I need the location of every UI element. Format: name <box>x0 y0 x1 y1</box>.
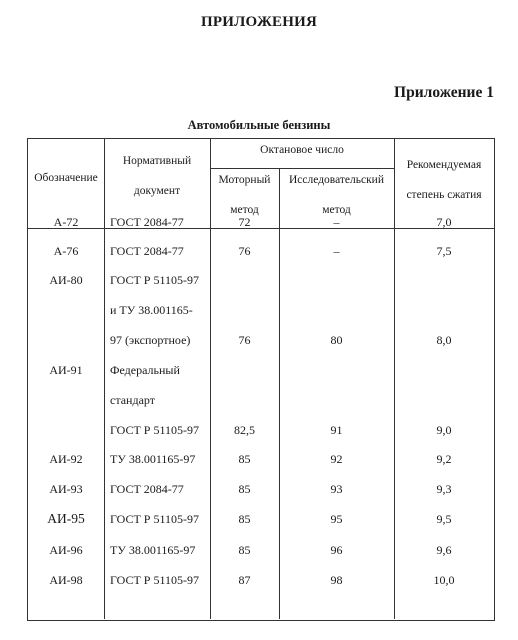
cell-research: 95 <box>279 512 394 526</box>
cell-motor: 76 <box>210 333 279 347</box>
header-motor-1: Моторный <box>210 174 279 186</box>
row-divider <box>210 168 394 169</box>
cell-compression: 9,2 <box>394 452 494 466</box>
cell-doc: ГОСТ Р 51105-97 <box>110 423 210 437</box>
header-normative-doc-1: Нормативный <box>104 155 210 167</box>
cell-compression: 7,0 <box>394 215 494 229</box>
cell-designation: АИ-92 <box>28 452 104 466</box>
cell-doc: Федеральный <box>110 363 210 377</box>
cell-compression: 9,3 <box>394 482 494 496</box>
cell-research: – <box>279 244 394 258</box>
header-normative-doc-2: документ <box>104 185 210 197</box>
cell-designation: АИ-96 <box>28 543 104 557</box>
cell-research: – <box>279 215 394 229</box>
cell-designation: АИ-95 <box>28 512 104 526</box>
header-octane-group: Октановое число <box>210 144 394 156</box>
cell-doc: стандарт <box>110 393 210 407</box>
cell-doc: ГОСТ 2084-77 <box>110 215 210 229</box>
cell-motor: 72 <box>210 215 279 229</box>
cell-motor: 82,5 <box>210 423 279 437</box>
header-compression-1: Рекомендуемая <box>394 159 494 171</box>
cell-doc: ГОСТ Р 51105-97 <box>110 512 210 526</box>
header-compression-2: степень сжатия <box>394 189 494 201</box>
cell-compression: 8,0 <box>394 333 494 347</box>
cell-designation: АИ-98 <box>28 573 104 587</box>
cell-motor: 85 <box>210 482 279 496</box>
page-title: ПРИЛОЖЕНИЯ <box>0 14 518 31</box>
cell-compression: 9,5 <box>394 512 494 526</box>
cell-designation: АИ-91 <box>28 363 104 377</box>
cell-motor: 85 <box>210 543 279 557</box>
cell-doc: ГОСТ 2084-77 <box>110 244 210 258</box>
cell-designation: А-72 <box>28 215 104 229</box>
cell-compression: 10,0 <box>394 573 494 587</box>
cell-research: 96 <box>279 543 394 557</box>
cell-motor: 87 <box>210 573 279 587</box>
cell-motor: 76 <box>210 244 279 258</box>
cell-doc: ГОСТ Р 51105-97 <box>110 573 210 587</box>
cell-motor: 85 <box>210 452 279 466</box>
cell-doc: ГОСТ Р 51105-97 <box>110 273 210 287</box>
cell-research: 98 <box>279 573 394 587</box>
cell-compression: 9,0 <box>394 423 494 437</box>
header-designation: Обозначение <box>28 172 104 184</box>
cell-compression: 9,6 <box>394 543 494 557</box>
cell-research: 93 <box>279 482 394 496</box>
appendix-label: Приложение 1 <box>394 84 494 102</box>
cell-doc: ТУ 38.001165-97 <box>110 543 210 557</box>
table-caption: Автомобильные бензины <box>0 118 518 133</box>
header-research-1: Исследовательский <box>279 174 394 186</box>
cell-doc: ТУ 38.001165-97 <box>110 452 210 466</box>
gasoline-table: Обозначение Нормативный документ Октанов… <box>27 138 495 621</box>
cell-doc: и ТУ 38.001165- <box>110 303 210 317</box>
cell-motor: 85 <box>210 512 279 526</box>
cell-designation: А-76 <box>28 244 104 258</box>
col-divider <box>104 139 105 619</box>
cell-research: 91 <box>279 423 394 437</box>
cell-designation: АИ-93 <box>28 482 104 496</box>
cell-research: 92 <box>279 452 394 466</box>
cell-compression: 7,5 <box>394 244 494 258</box>
cell-research: 80 <box>279 333 394 347</box>
cell-designation: АИ-80 <box>28 273 104 287</box>
cell-doc: ГОСТ 2084-77 <box>110 482 210 496</box>
cell-doc: 97 (экспортное) <box>110 333 210 347</box>
